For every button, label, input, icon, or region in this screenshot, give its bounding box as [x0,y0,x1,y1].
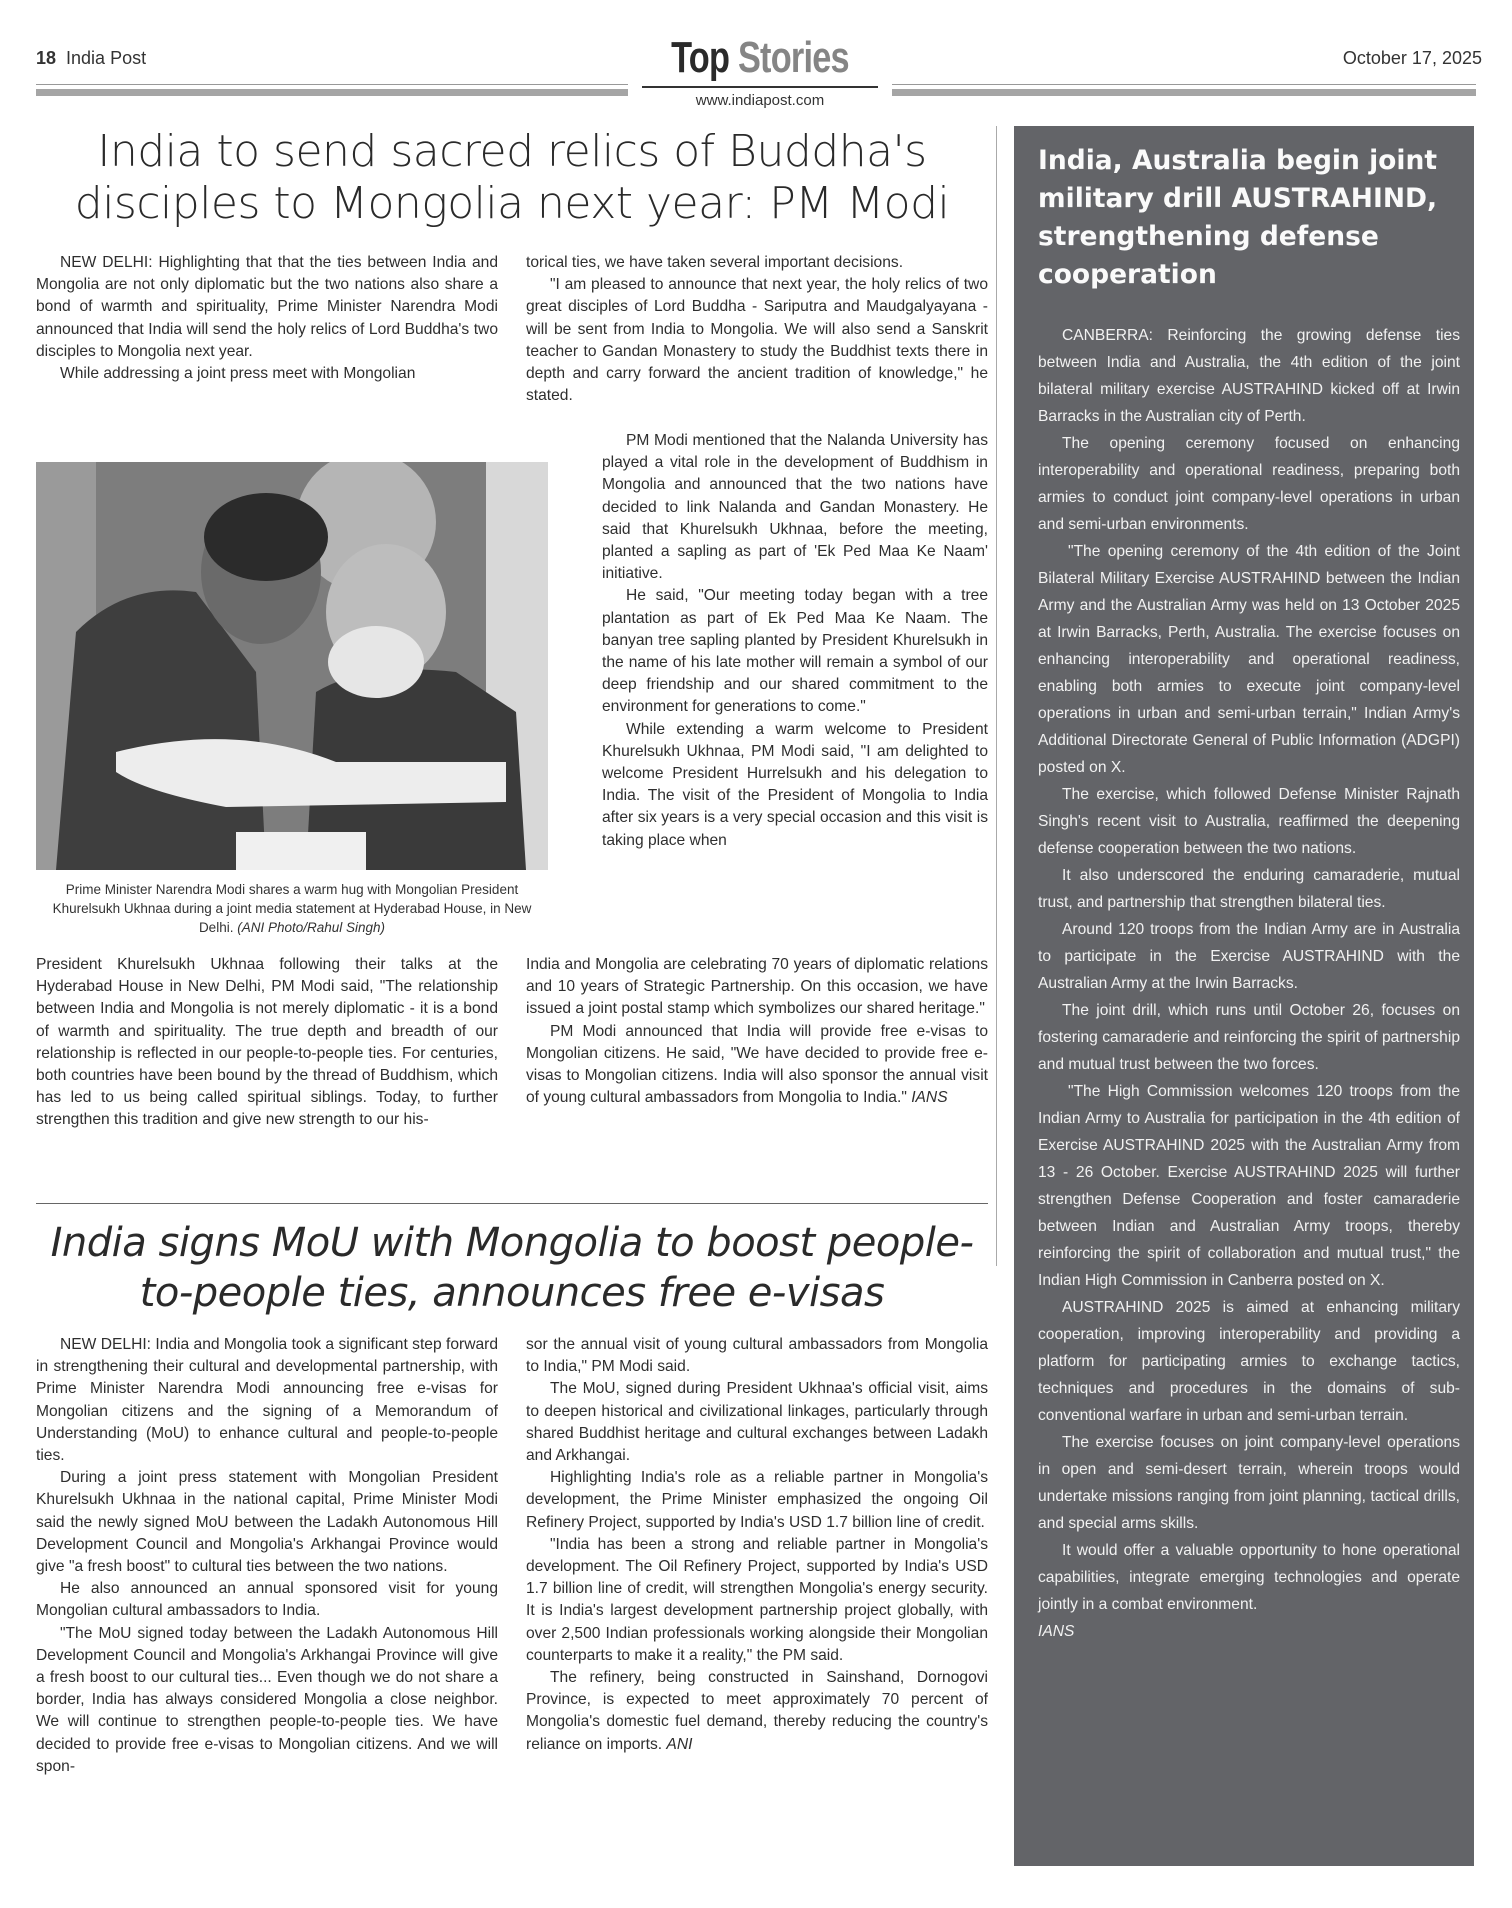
sidebar-body: CANBERRA: Reinforcing the growing defens… [1038,322,1460,1645]
paragraph: The refinery, being constructed in Sains… [526,1667,988,1756]
header-rule-right-thin [892,84,1476,85]
paragraph: NEW DELHI: Highlighting that that the ti… [36,252,498,363]
paragraph: While extending a warm welcome to Presid… [602,719,988,852]
paragraph: "I am pleased to announce that next year… [526,274,988,407]
article-divider [36,1203,988,1204]
paragraph: AUSTRAHIND 2025 is aimed at enhancing mi… [1038,1294,1460,1429]
header-rule-left-thin [36,84,628,85]
issue-date: October 17, 2025 [1343,48,1482,69]
paragraph: "The opening ceremony of the 4th edition… [1038,538,1460,781]
paragraph: It also underscored the enduring camarad… [1038,862,1460,916]
paragraph: The opening ceremony focused on enhancin… [1038,430,1460,538]
sidebar-headline: India, Australia begin joint military dr… [1038,142,1458,294]
paragraph: The MoU, signed during President Ukhnaa'… [526,1378,988,1467]
article1-col2-bottom: India and Mongolia are celebrating 70 ye… [526,954,988,1109]
paragraph: Around 120 troops from the Indian Army a… [1038,916,1460,997]
paragraph: The exercise focuses on joint company-le… [1038,1429,1460,1537]
photo-caption: Prime Minister Narendra Modi shares a wa… [36,880,548,937]
paragraph: He also announced an annual sponsored vi… [36,1578,498,1622]
article1-photo [36,462,548,870]
website-link[interactable]: www.indiapost.com [642,92,878,109]
article2-col2: sor the annual visit of young cultural a… [526,1334,988,1756]
section-masthead: Top Stories [666,34,853,82]
paragraph: NEW DELHI: India and Mongolia took a sig… [36,1334,498,1467]
paragraph: CANBERRA: Reinforcing the growing defens… [1038,322,1460,430]
header-rule-left-thick [36,89,628,96]
paragraph: During a joint press statement with Mong… [36,1467,498,1578]
article2-headline: India signs MoU with Mongolia to boost p… [36,1218,988,1318]
paragraph: While addressing a joint press meet with… [36,363,498,385]
byline: ANI [666,1736,692,1753]
article1-col1-bottom: President Khurelsukh Ukhnaa following th… [36,954,498,1132]
paragraph: PM Modi mentioned that the Nalanda Unive… [602,430,988,585]
masthead-rule [642,86,878,88]
publication-name: India Post [66,48,146,68]
paragraph: "The High Commission welcomes 120 troops… [1038,1078,1460,1294]
masthead-top: Top [671,33,729,82]
paragraph: He said, "Our meeting today began with a… [602,585,988,718]
paragraph: The joint drill, which runs until Octobe… [1038,997,1460,1078]
article1-headline: India to send sacred relics of Buddha's … [36,126,988,230]
paragraph: President Khurelsukh Ukhnaa following th… [36,954,498,1132]
article2-col1: NEW DELHI: India and Mongolia took a sig… [36,1334,498,1778]
paragraph: It would offer a valuable opportunity to… [1038,1537,1460,1618]
article1-col2-wrap: PM Modi mentioned that the Nalanda Unive… [602,430,988,852]
masthead-stories: Stories [738,33,849,82]
page-folio: 18India Post [36,48,146,69]
photo-credit: (ANI Photo/Rahul Singh) [237,920,385,935]
paragraph: The exercise, which followed Defense Min… [1038,781,1460,862]
page-number: 18 [36,48,56,68]
byline: IANS [1038,1618,1460,1645]
paragraph: PM Modi announced that India will provid… [526,1021,988,1110]
sidebar-story: India, Australia begin joint military dr… [1014,126,1474,1866]
paragraph: "India has been a strong and reliable pa… [526,1534,988,1667]
paragraph: India and Mongolia are celebrating 70 ye… [526,954,988,1021]
photo-image-icon [36,462,548,870]
paragraph: sor the annual visit of young cultural a… [526,1334,988,1378]
paragraph: torical ties, we have taken several impo… [526,252,988,274]
column-rule [996,126,997,1266]
byline: IANS [911,1089,947,1106]
paragraph: Highlighting India's role as a reliable … [526,1467,988,1534]
article1-col2-top: torical ties, we have taken several impo… [526,252,988,407]
article1-col1-top: NEW DELHI: Highlighting that that the ti… [36,252,498,385]
header-rule-right-thick [892,89,1476,96]
paragraph: "The MoU signed today between the Ladakh… [36,1623,498,1778]
